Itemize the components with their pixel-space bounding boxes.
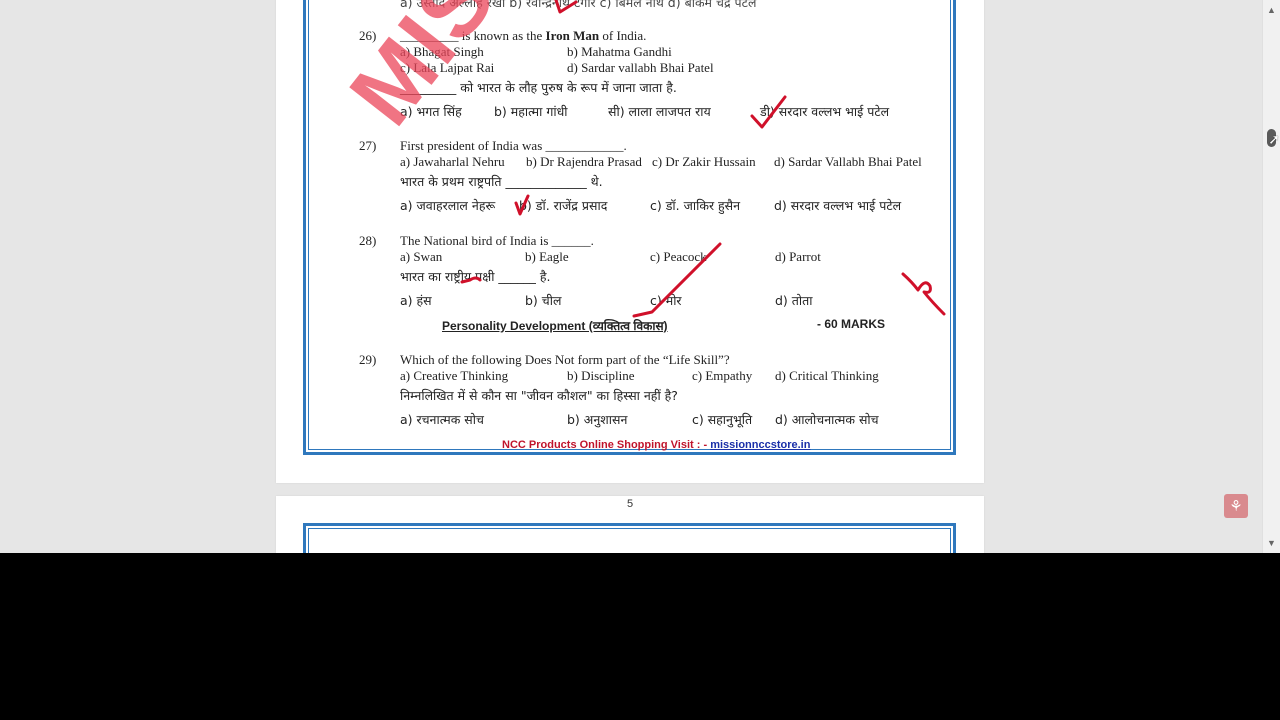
q26-option-d: d) Sardar vallabh Bhai Patel (567, 60, 714, 76)
q28-hindi-option-c: c) मोर (650, 292, 682, 309)
q27-option-d: d) Sardar Vallabh Bhai Patel (774, 154, 922, 170)
q28-option-b: b) Eagle (525, 249, 569, 265)
mouse-cursor-icon: ➚ (1268, 132, 1280, 149)
q29-option-a: a) Creative Thinking (400, 368, 508, 384)
q29-option-b: b) Discipline (567, 368, 635, 384)
page-number: 5 (276, 498, 984, 510)
q26-hindi-option-c: सी) लाला लाजपत राय (608, 103, 711, 120)
q28-hindi-question: भारत का राष्ट्रीय पक्षी ______ है. (400, 268, 551, 285)
q29-hindi-question: निम्नलिखित में से कौन सा "जीवन कौशल" का … (400, 387, 678, 404)
q26-option-c: c) Lala Lajpat Rai (400, 60, 494, 76)
q28-hindi-option-b: b) चील (525, 292, 561, 309)
vertical-scrollbar[interactable]: ▲ ▼ (1262, 0, 1280, 553)
q28-option-c: c) Peacock (650, 249, 707, 265)
question-28-text: The National bird of India is ______. (400, 233, 594, 249)
q26-hindi-question: _________ को भारत के लौह पुरुष के रूप मे… (400, 79, 677, 96)
pdf-page-5: 5 (276, 496, 984, 553)
question-number-26: 26) (359, 28, 376, 44)
q26-option-b: b) Mahatma Gandhi (567, 44, 672, 60)
q27-hindi-option-d: d) सरदार वल्लभ भाई पटेल (774, 197, 901, 214)
question-26-text: _________ is known as the Iron Man of In… (400, 28, 646, 44)
q27-option-a: a) Jawaharlal Nehru (400, 154, 505, 170)
q29-option-d: d) Critical Thinking (775, 368, 879, 384)
q28-option-d: d) Parrot (775, 249, 821, 265)
question-number-27: 27) (359, 138, 376, 154)
footer-store-link[interactable]: missionnccstore.in (710, 439, 810, 451)
section-marks: - 60 MARKS (817, 317, 885, 331)
pdf-viewer: a) उस्ताद अल्लाह रखा b) रवीन्द्रनाथ टैगो… (0, 0, 1280, 553)
q27-option-b: b) Dr Rajendra Prasad (526, 154, 642, 170)
q27-hindi-option-b: b) डॉ. राजेंद्र प्रसाद (519, 197, 607, 214)
page-border-frame (303, 523, 956, 553)
question-27-text: First president of India was ___________… (400, 138, 627, 154)
q26-hindi-option-a: a) भगत सिंह (400, 103, 462, 120)
q29-hindi-option-c: c) सहानुभूति (692, 411, 752, 428)
section-heading: Personality Development (व्यक्तित्व विका… (442, 317, 668, 334)
q27-option-c: c) Dr Zakir Hussain (652, 154, 756, 170)
q29-hindi-option-b: b) अनुशासन (567, 411, 627, 428)
q29-option-c: c) Empathy (692, 368, 752, 384)
q26-hindi-option-d: डी) सरदार वल्लभ भाई पटेल (760, 103, 889, 120)
q29-hindi-option-d: d) आलोचनात्मक सोच (775, 411, 879, 428)
q28-option-a: a) Swan (400, 249, 442, 265)
q29-hindi-option-a: a) रचनात्मक सोच (400, 411, 484, 428)
pdf-page-4: a) उस्ताद अल्लाह रखा b) रवीन्द्रनाथ टैगो… (276, 0, 984, 483)
q28-hindi-option-a: a) हंस (400, 292, 432, 309)
q26-hindi-option-b: b) महात्मा गांधी (494, 103, 568, 120)
scroll-up-icon[interactable]: ▲ (1263, 2, 1280, 18)
scroll-down-icon[interactable]: ▼ (1263, 535, 1280, 551)
question-number-29: 29) (359, 352, 376, 368)
partial-options-line: a) उस्ताद अल्लाह रखा b) रवीन्द्रनाथ टैगो… (400, 0, 756, 11)
q28-hindi-option-d: d) तोता (775, 292, 813, 309)
question-number-28: 28) (359, 233, 376, 249)
question-29-text: Which of the following Does Not form par… (400, 352, 730, 368)
q27-hindi-option-a: a) जवाहरलाल नेहरू (400, 197, 495, 214)
adobe-acrobat-icon[interactable]: ⚘ (1224, 494, 1248, 518)
page-footer: NCC Products Online Shopping Visit : - m… (502, 439, 810, 451)
black-bar (0, 553, 1280, 720)
q27-hindi-option-c: c) डॉ. जाकिर हुसैन (650, 197, 740, 214)
q27-hindi-question: भारत के प्रथम राष्ट्रपति _____________ थ… (400, 173, 603, 190)
q26-option-a: a) Bhagat Singh (400, 44, 484, 60)
